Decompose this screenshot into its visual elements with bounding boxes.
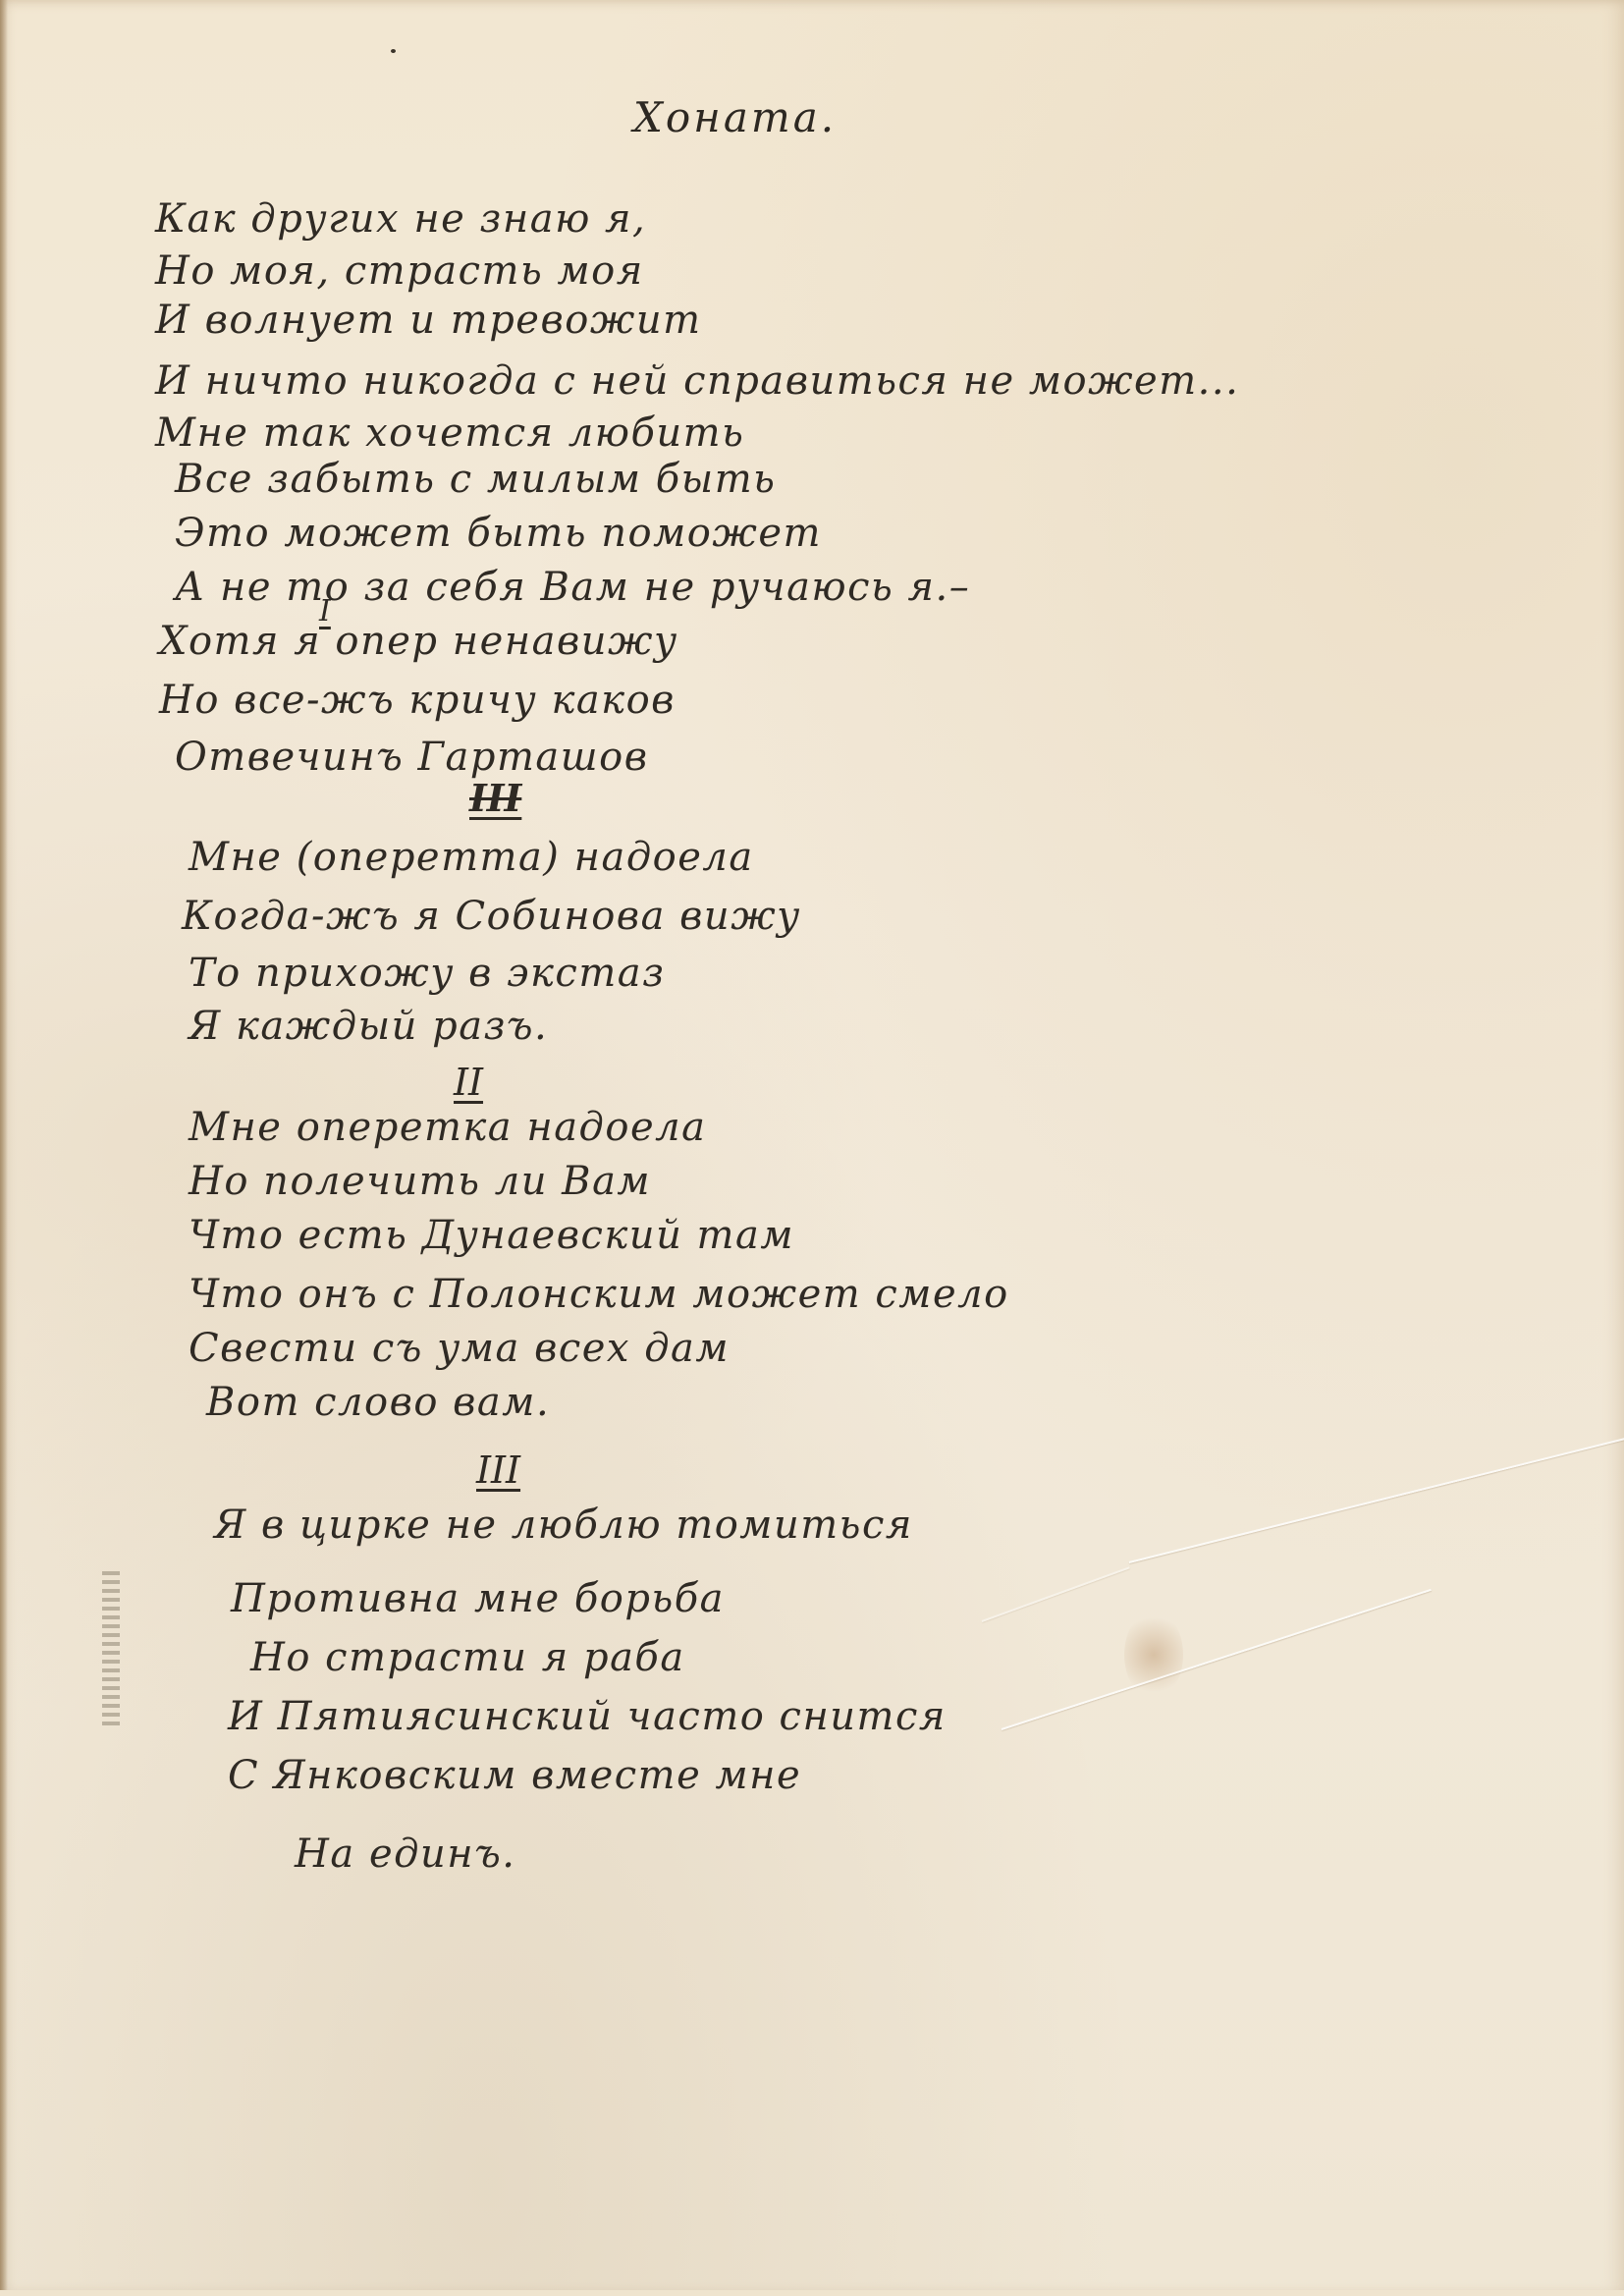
paper-crease [982,1566,1130,1622]
poem-line: Я каждый разъ. [189,1004,548,1049]
foxing-stain [102,1571,120,1728]
poem-line: Но все-жъ кричу каков [159,678,676,723]
poem-line: На единъ. [295,1831,515,1877]
poem-line: Мне (оперетта) надоела [189,835,754,880]
stanza-numeral: III [476,1449,520,1492]
poem-line: Свести съ ума всех дам [189,1326,730,1371]
manuscript-page: Хоната. Как других не знаю я, Но моя, ст… [0,0,1624,2296]
poem-line: С Янковским вместе мне [228,1753,801,1798]
poem-line: А не то за себя Вам не ручаюсь я.– [175,565,970,610]
poem-line: Все забыть с милым быть [175,457,776,502]
poem-line: Что есть Дунаевский там [189,1213,794,1258]
poem-line: Вот слово вам. [206,1380,550,1425]
poem-line: Но моя, страсть моя [155,248,644,294]
poem-line: Я в цирке не люблю томиться [214,1503,913,1548]
poem-title: Хоната. [633,93,837,141]
poem-line: Это может быть поможет [175,511,822,556]
poem-line: Когда-жъ я Собинова вижу [182,894,801,939]
page-bottom-edge [0,2290,1624,2296]
paper-crease [1129,1438,1624,1563]
poem-line: Отвечинъ Гарташов [175,735,649,780]
paper-crease [1001,1589,1432,1730]
ink-speck [391,49,396,53]
poem-line: То прихожу в экстаз [189,951,665,996]
page-edge [0,0,8,2296]
poem-line: Но страсти я раба [250,1635,685,1680]
poem-line: Мне так хочется любить [155,410,744,456]
poem-line: Что онъ с Полонским может смело [189,1272,1009,1317]
poem-line: И Пятиясинский часто снится [228,1694,947,1739]
poem-line: Противна мне борьба [231,1576,725,1621]
poem-line: Но полечить ли Вам [189,1159,651,1204]
poem-line: И ничто никогда с ней справиться не може… [155,358,1239,404]
poem-line: И волнует и тревожит [155,298,702,343]
poem-line: Как других не знаю я, [155,196,646,242]
stanza-numeral-struck: III [469,776,521,820]
poem-line: Мне оперетка надоела [189,1105,706,1150]
stanza-numeral: II [454,1061,483,1104]
poem-line: Хотя я опер ненавижу [159,619,678,664]
